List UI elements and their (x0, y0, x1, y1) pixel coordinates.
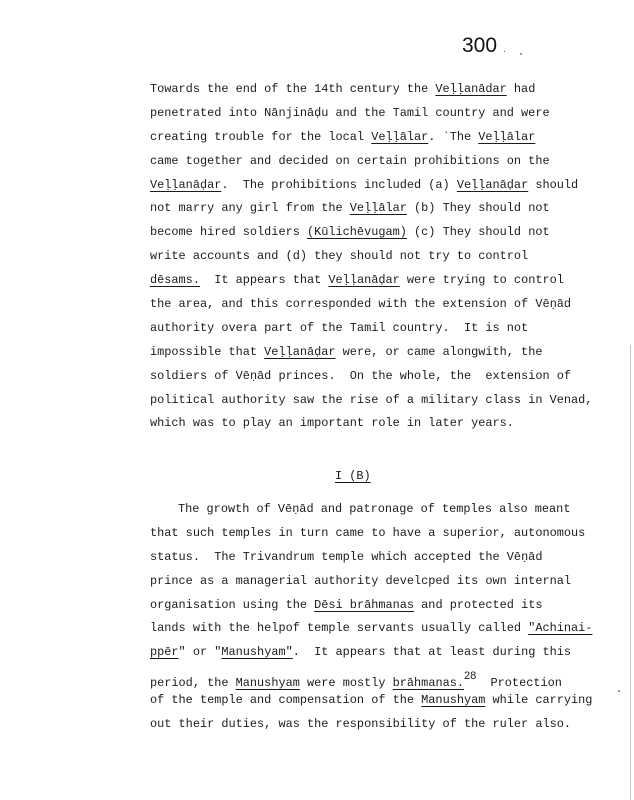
text-run: impossible that (150, 345, 264, 359)
text-line: that such temples in turn came to have a… (150, 522, 592, 546)
scan-speck (618, 690, 620, 692)
text-line: The growth of Vēṇād and patronage of tem… (150, 498, 592, 522)
text-run: were mostly (300, 676, 393, 690)
text-run: period, the (150, 676, 236, 690)
text-run: organisation using the (150, 598, 314, 612)
text-run: were, or came alongwith, the (336, 345, 543, 359)
text-line: become hired soldiers (Kūlichēvugam) (c)… (150, 221, 592, 245)
underlined-term: Manushyam (236, 676, 300, 690)
underlined-term: Manushyam" (221, 645, 292, 659)
text-run: It appears that (200, 273, 328, 287)
text-run: become hired soldiers (150, 225, 307, 239)
text-run: The growth of Vēṇād and patronage of tem… (178, 502, 570, 516)
underlined-term: Veḷḷanāḍar (150, 178, 221, 192)
text-run: while carrying (485, 693, 592, 707)
text-run: write accounts and (d) they should not t… (150, 249, 528, 263)
underlined-term: Veḷḷālar (478, 130, 535, 144)
text-line: of the temple and compensation of the Ma… (150, 689, 592, 713)
page-number-value: 300 (462, 34, 497, 57)
underlined-term: "Achinai- (528, 621, 592, 635)
text-line: authority overa part of the Tamil countr… (150, 317, 592, 341)
underlined-term: Veḷḷālar (371, 130, 428, 144)
underlined-term: Veḷḷanādar (435, 82, 506, 96)
page-number-mark: . (503, 44, 506, 55)
text-run: had (507, 82, 536, 96)
text-run: (c) They should not (407, 225, 550, 239)
text-line: lands with the helpof temple servants us… (150, 617, 592, 641)
text-run: . The prohibitions included (a) (221, 178, 456, 192)
text-line: soldiers of Vēṇād princes. On the whole,… (150, 365, 592, 389)
text-run: not marry any girl from the (150, 201, 350, 215)
text-run: political authority saw the rise of a mi… (150, 393, 592, 407)
text-run: of the temple and compensation of the (150, 693, 421, 707)
underlined-term: Veḷḷanāḍar (457, 178, 528, 192)
text-run: penetrated into Nānjināḍu and the Tamil … (150, 106, 550, 120)
section-heading-text: I (B) (335, 469, 371, 483)
scan-margin-line (630, 345, 631, 800)
underlined-term: dēsams. (150, 273, 200, 287)
underlined-term: Veḷḷālar (350, 201, 407, 215)
text-line: impossible that Veḷḷanāḍar were, or came… (150, 341, 592, 365)
text-line: period, the Manushyam were mostly brāhma… (150, 665, 592, 689)
underlined-term: (Kūlichēvugam) (307, 225, 407, 239)
text-run: lands with the helpof temple servants us… (150, 621, 528, 635)
text-line: came together and decided on certain pro… (150, 150, 592, 174)
underlined-term: Manushyam (421, 693, 485, 707)
text-run: the area, and this corresponded with the… (150, 297, 571, 311)
text-line: penetrated into Nānjināḍu and the Tamil … (150, 102, 592, 126)
paragraph-venad-temples: The growth of Vēṇād and patronage of tem… (150, 498, 592, 737)
text-run: Protection (476, 676, 562, 690)
scan-speck (520, 53, 522, 55)
text-run: should (528, 178, 578, 192)
text-line: out their duties, was the responsibility… (150, 713, 592, 737)
underlined-term: Veḷḷanāḍar (264, 345, 335, 359)
text-line: ppēr" or "Manushyam". It appears that at… (150, 641, 592, 665)
text-line: prince as a managerial authority develcp… (150, 570, 592, 594)
text-run: creating trouble for the local (150, 130, 371, 144)
underlined-term: brāhmanas. (393, 676, 464, 690)
text-line: write accounts and (d) they should not t… (150, 245, 592, 269)
text-run: " or " (179, 645, 222, 659)
text-line: political authority saw the rise of a mi… (150, 389, 592, 413)
page-number: 300. (462, 34, 506, 58)
section-heading: I (B) (335, 466, 371, 486)
text-run: and protected its (414, 598, 542, 612)
text-run: out their duties, was the responsibility… (150, 717, 571, 731)
underlined-term: Veḷḷanāḍar (328, 273, 399, 287)
text-line: not marry any girl from the Veḷḷālar (b)… (150, 197, 592, 221)
text-run: . `The (428, 130, 478, 144)
text-line: the area, and this corresponded with the… (150, 293, 592, 317)
text-line: which was to play an important role in l… (150, 412, 592, 436)
text-line: dēsams. It appears that Veḷḷanāḍar were … (150, 269, 592, 293)
text-run: authority overa part of the Tamil countr… (150, 321, 528, 335)
underlined-term: ppēr (150, 645, 179, 659)
text-run: soldiers of Vēṇād princes. On the whole,… (150, 369, 571, 383)
text-run: (b) They should not (407, 201, 550, 215)
text-line: creating trouble for the local Veḷḷālar.… (150, 126, 592, 150)
text-run: status. The Trivandrum temple which acce… (150, 550, 542, 564)
text-line: organisation using the Dēsi brāhmanas an… (150, 594, 592, 618)
text-line: status. The Trivandrum temple which acce… (150, 546, 592, 570)
text-run: which was to play an important role in l… (150, 416, 514, 430)
text-run: prince as a managerial authority develcp… (150, 574, 571, 588)
text-run: . It appears that at least during this (293, 645, 571, 659)
text-line: Veḷḷanāḍar. The prohibitions included (a… (150, 174, 592, 198)
footnote-ref: 28 (464, 670, 476, 682)
underlined-term: Dēsi brāhmanas (314, 598, 414, 612)
text-run: came together and decided on certain pro… (150, 154, 550, 168)
paragraph-vellanadar: Towards the end of the 14th century the … (150, 78, 592, 436)
text-run: Towards the end of the 14th century the (150, 82, 435, 96)
text-run: were trying to control (400, 273, 564, 287)
text-run: that such temples in turn came to have a… (150, 526, 585, 540)
text-line: Towards the end of the 14th century the … (150, 78, 592, 102)
